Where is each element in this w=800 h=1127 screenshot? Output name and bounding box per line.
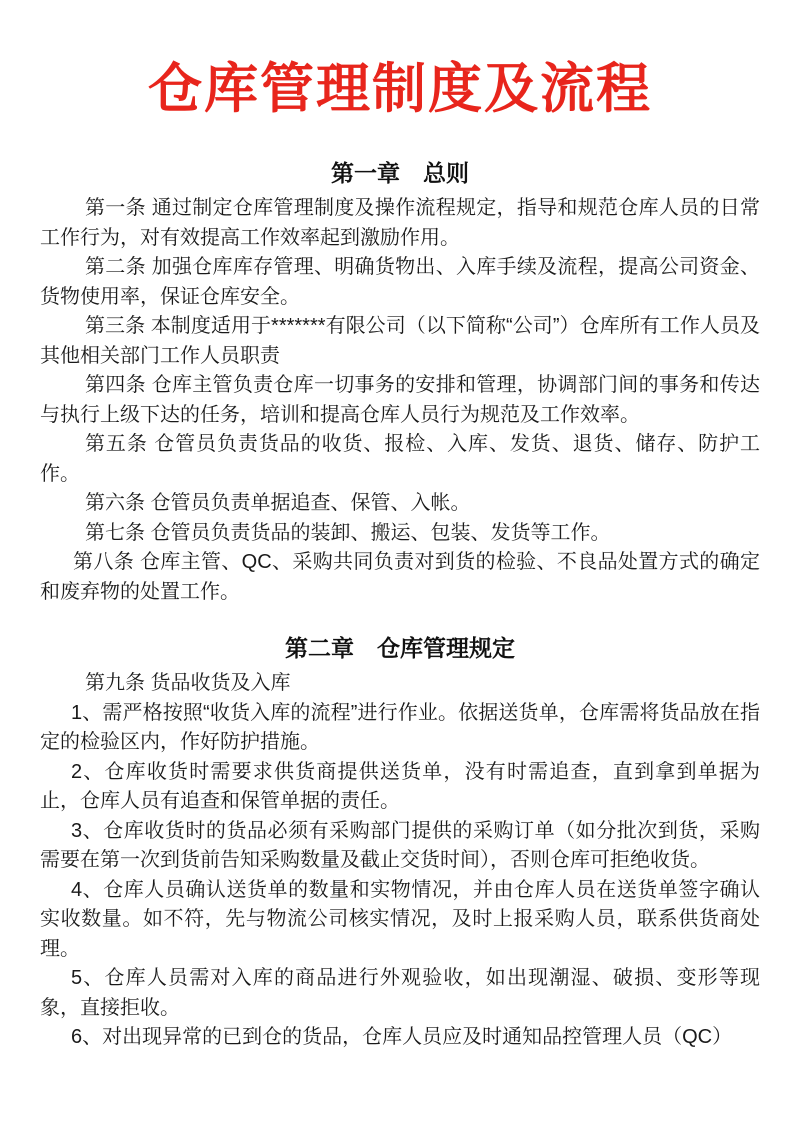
numbered-item-3: 3、仓库收货时的货品必须有采购部门提供的采购订单（如分批次到货，采购需要在第一次…	[40, 817, 760, 876]
article-8-paragraph: 第八条 仓库主管、QC、采购共同负责对到货的检验、不良品处置方式的确定和废弃物的…	[40, 548, 760, 607]
chapter-1-body: 第一条 通过制定仓库管理制度及操作流程规定，指导和规范仓库人员的日常工作行为，对…	[40, 194, 760, 607]
numbered-item-5: 5、仓库人员需对入库的商品进行外观验收，如出现潮湿、破损、变形等现象，直接拒收。	[40, 964, 760, 1023]
numbered-item-4: 4、仓库人员确认送货单的数量和实物情况，并由仓库人员在送货单签字确认实收数量。如…	[40, 876, 760, 965]
document-page: 仓库管理制度及流程 第一章 总则 第一条 通过制定仓库管理制度及操作流程规定，指…	[0, 58, 800, 1053]
article-7-paragraph: 第七条 仓管员负责货品的装卸、搬运、包装、发货等工作。	[40, 519, 760, 549]
chapter-2-body: 第九条 货品收货及入库 1、需严格按照“收货入库的流程”进行作业。依据送货单，仓…	[40, 669, 760, 1053]
numbered-item-6: 6、对出现异常的已到仓的货品，仓库人员应及时通知品控管理人员（QC）	[40, 1023, 760, 1053]
numbered-item-2: 2、仓库收货时需要求供货商提供送货单，没有时需追查，直到拿到单据为止，仓库人员有…	[40, 758, 760, 817]
numbered-item-1: 1、需严格按照“收货入库的流程”进行作业。依据送货单，仓库需将货品放在指定的检验…	[40, 699, 760, 758]
document-title: 仓库管理制度及流程	[40, 58, 760, 120]
chapter-2-heading: 第二章 仓库管理规定	[40, 633, 760, 663]
chapter-1-heading: 第一章 总则	[40, 158, 760, 188]
article-9-heading: 第九条 货品收货及入库	[40, 669, 760, 699]
article-4-paragraph: 第四条 仓库主管负责仓库一切事务的安排和管理，协调部门间的事务和传达与执行上级下…	[40, 371, 760, 430]
article-1-paragraph: 第一条 通过制定仓库管理制度及操作流程规定，指导和规范仓库人员的日常工作行为，对…	[40, 194, 760, 253]
article-5-paragraph: 第五条 仓管员负责货品的收货、报检、入库、发货、退货、储存、防护工作。	[40, 430, 760, 489]
article-6-paragraph: 第六条 仓管员负责单据追查、保管、入帐。	[40, 489, 760, 519]
article-2-paragraph: 第二条 加强仓库库存管理、明确货物出、入库手续及流程，提高公司资金、货物使用率，…	[40, 253, 760, 312]
article-3-paragraph: 第三条 本制度适用于*******有限公司（以下简称“公司”）仓库所有工作人员及…	[40, 312, 760, 371]
